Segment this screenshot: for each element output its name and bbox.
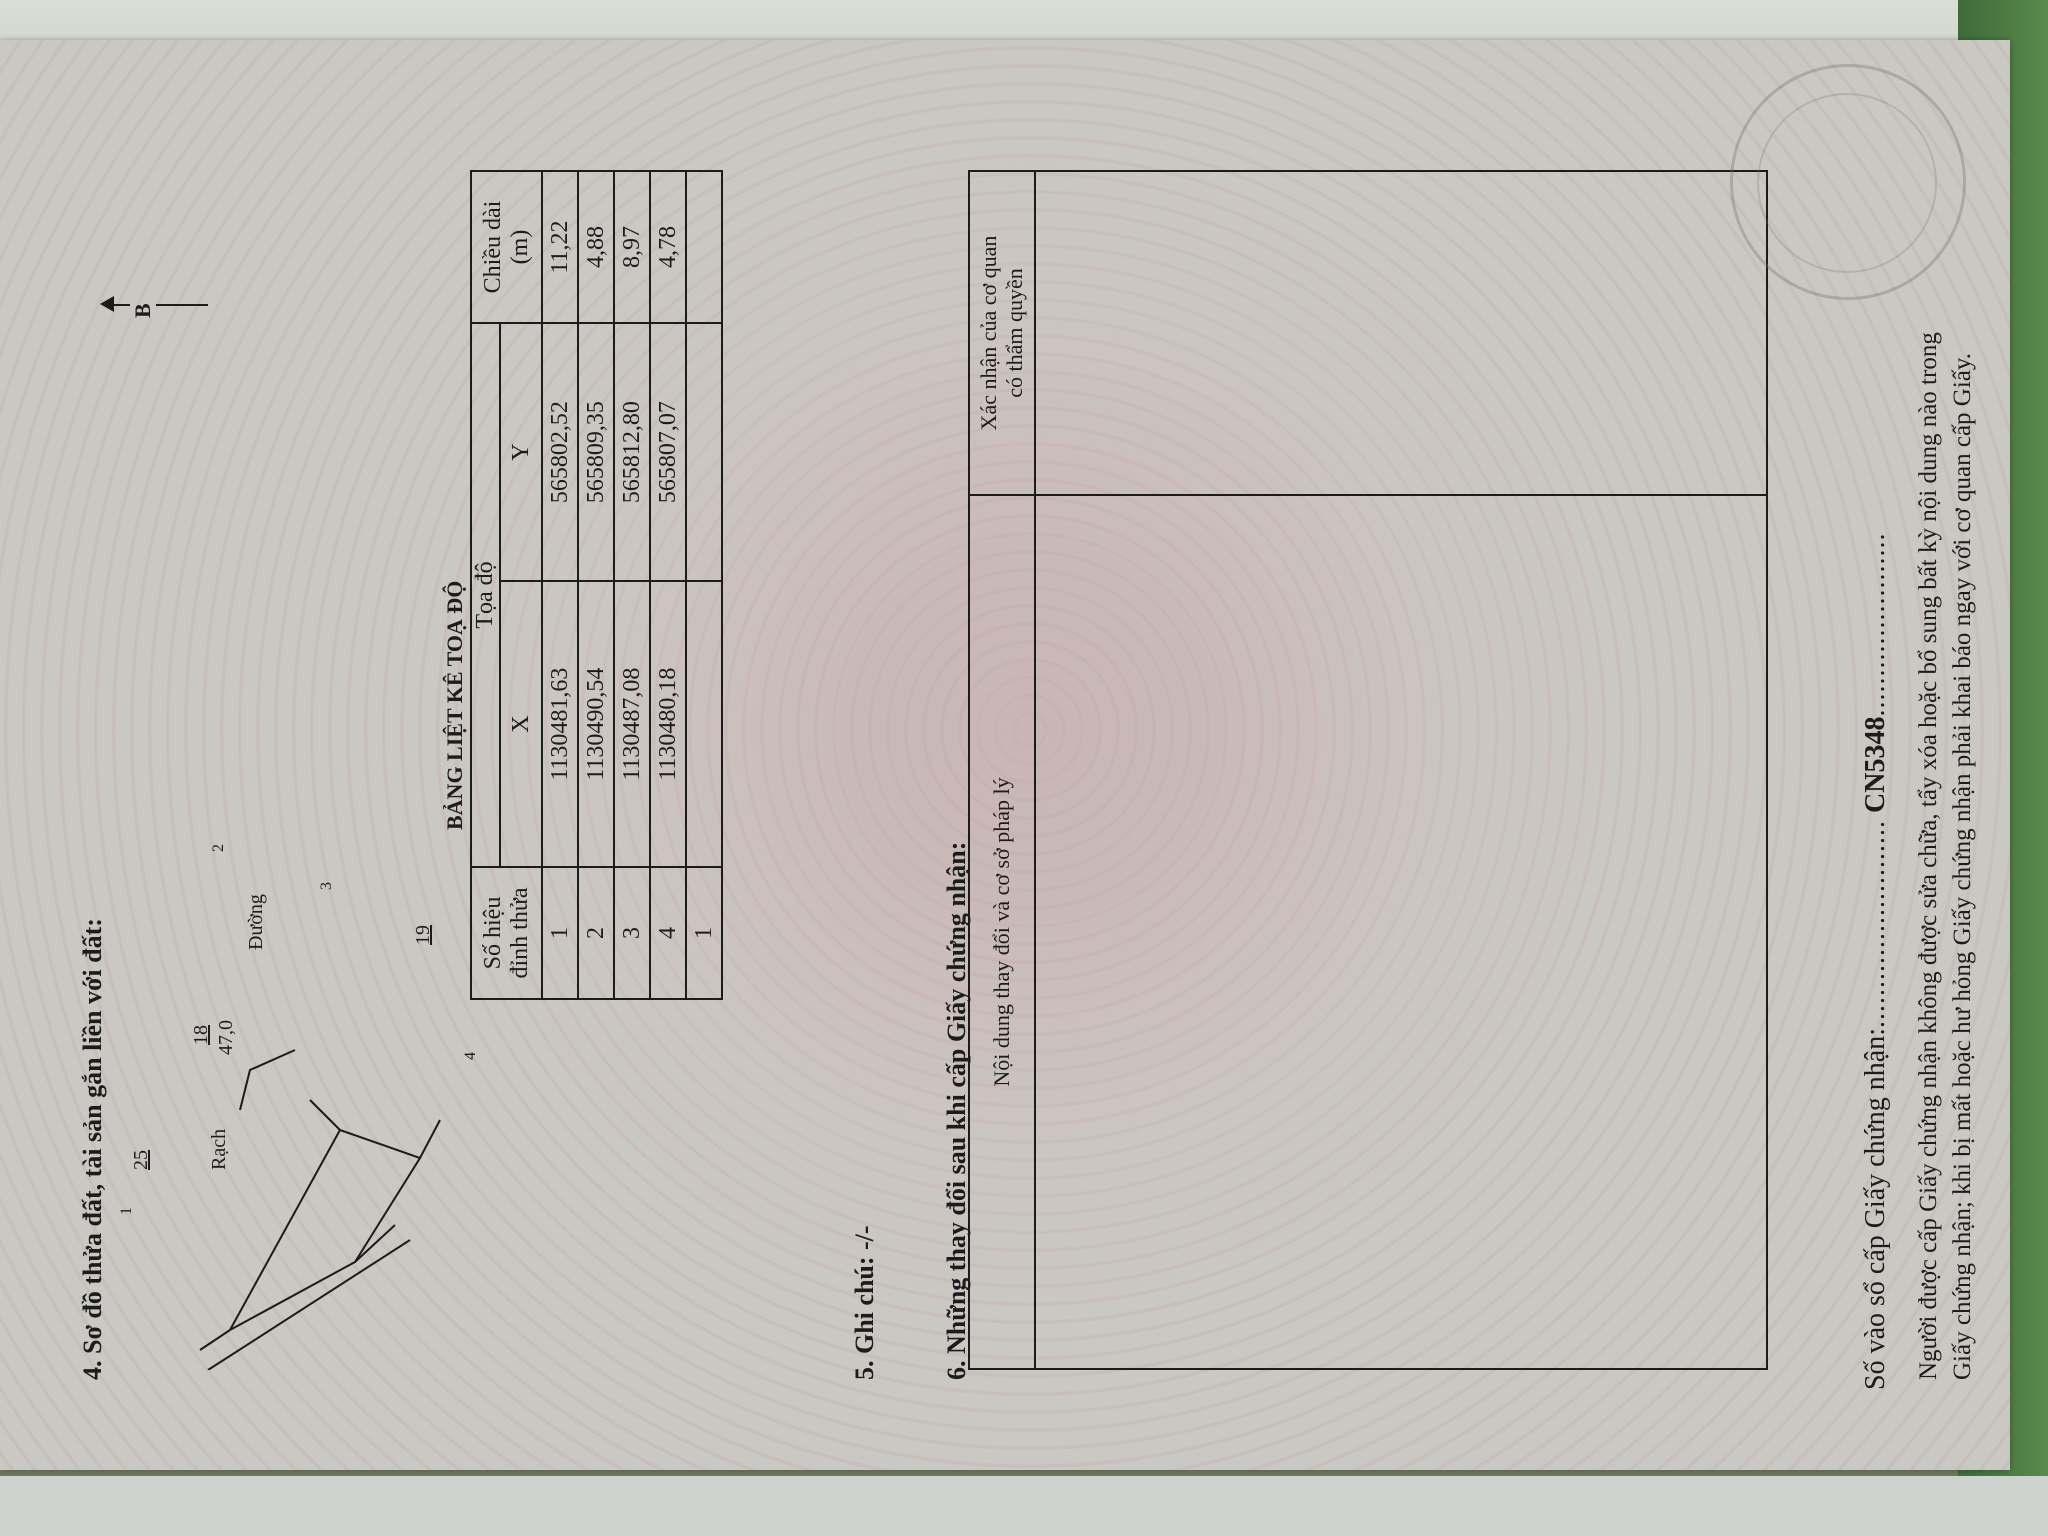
coord-cell-vertex: 2 bbox=[578, 867, 614, 999]
parcel-number: 18 bbox=[190, 1025, 213, 1045]
notice-line-1: Người được cấp Giấy chứng nhận không đượ… bbox=[1912, 60, 1946, 1380]
changes-table: Nội dung thay đổi và cơ sở pháp lý Xác n… bbox=[968, 170, 1768, 1370]
registry-number: CN5348 bbox=[1860, 717, 1891, 813]
coord-table-row: 41130480,18565807,074,78 bbox=[650, 171, 686, 999]
neighbor-parcel-25: 25 bbox=[130, 1150, 153, 1170]
coord-cell-vertex: 1 bbox=[686, 867, 722, 999]
header-authority-confirm: Xác nhận của cơ quan có thẩm quyền bbox=[969, 171, 1035, 495]
coord-cell-y: 565807,07 bbox=[650, 323, 686, 581]
coord-cell-y: 565809,35 bbox=[578, 323, 614, 581]
coord-table-row: 11130481,63565802,5211,22 bbox=[542, 171, 578, 999]
coord-cell-length: 8,97 bbox=[614, 171, 650, 323]
parcel-area: 47,0 bbox=[215, 1020, 238, 1055]
header-vertex: Số hiệu đỉnh thửa bbox=[471, 867, 542, 999]
north-arrow-icon: B bbox=[100, 290, 210, 320]
vertex-label-2: 2 bbox=[210, 844, 228, 852]
coord-cell-x bbox=[686, 581, 722, 867]
certificate-page: 4. Sơ đồ thửa đất, tài sản gắn liền với … bbox=[0, 40, 2010, 1470]
coord-cell-x: 1130487,08 bbox=[614, 581, 650, 867]
header-change-content: Nội dung thay đổi và cơ sở pháp lý bbox=[969, 495, 1035, 1369]
header-x: X bbox=[500, 581, 542, 867]
coord-table: Số hiệu đỉnh thửa Tọa độ Chiều dài (m) X… bbox=[470, 170, 723, 1000]
vertex-label-3: 3 bbox=[318, 882, 336, 890]
notice-text: Người được cấp Giấy chứng nhận không đượ… bbox=[1912, 60, 1980, 1380]
north-label: B bbox=[130, 303, 156, 318]
coord-cell-y bbox=[686, 323, 722, 581]
neighbor-parcel-19: 19 bbox=[412, 925, 435, 945]
change-content-cell bbox=[1035, 495, 1767, 1369]
authority-confirm-cell bbox=[1035, 171, 1767, 495]
diagram-road-label: Đường bbox=[245, 894, 268, 950]
coord-cell-vertex: 3 bbox=[614, 867, 650, 999]
registry-line: Số vào sổ cấp Giấy chứng nhận:..........… bbox=[1860, 533, 1892, 1390]
coord-table-row: 31130487,08565812,808,97 bbox=[614, 171, 650, 999]
coord-table-row: 1 bbox=[686, 171, 722, 999]
background-paper-edge bbox=[0, 1476, 2048, 1536]
vertex-label-1: 1 bbox=[118, 1207, 136, 1215]
coord-table-row: 21130490,54565809,354,88 bbox=[578, 171, 614, 999]
coord-cell-y: 565812,80 bbox=[614, 323, 650, 581]
coord-cell-length: 11,22 bbox=[542, 171, 578, 323]
notice-line-2: Giấy chứng nhận; khi bị mất hoặc hư hỏng… bbox=[1946, 60, 1980, 1380]
coord-cell-length: 4,78 bbox=[650, 171, 686, 323]
coord-cell-length: 4,88 bbox=[578, 171, 614, 323]
section5-title: 5. Ghi chú: -/- bbox=[850, 1225, 880, 1380]
coord-cell-vertex: 1 bbox=[542, 867, 578, 999]
header-y: Y bbox=[500, 323, 542, 581]
coord-cell-x: 1130481,63 bbox=[542, 581, 578, 867]
coord-cell-length bbox=[686, 171, 722, 323]
coord-cell-x: 1130480,18 bbox=[650, 581, 686, 867]
coord-cell-y: 565802,52 bbox=[542, 323, 578, 581]
coord-table-title: BẢNG LIỆT KÊ TOẠ ĐỘ bbox=[442, 581, 468, 830]
coord-cell-x: 1130490,54 bbox=[578, 581, 614, 867]
section4-title: 4. Sơ đồ thửa đất, tài sản gắn liền với … bbox=[78, 918, 108, 1380]
header-coords: Tọa độ bbox=[471, 323, 500, 867]
coord-cell-vertex: 4 bbox=[650, 867, 686, 999]
header-length: Chiều dài (m) bbox=[471, 171, 542, 323]
diagram-canal-label: Rạch bbox=[208, 1129, 231, 1170]
certificate-content: 4. Sơ đồ thửa đất, tài sản gắn liền với … bbox=[0, 40, 2010, 1470]
vertex-label-4: 4 bbox=[462, 1052, 480, 1060]
registry-label: Số vào sổ cấp Giấy chứng nhận: bbox=[1860, 1028, 1891, 1390]
